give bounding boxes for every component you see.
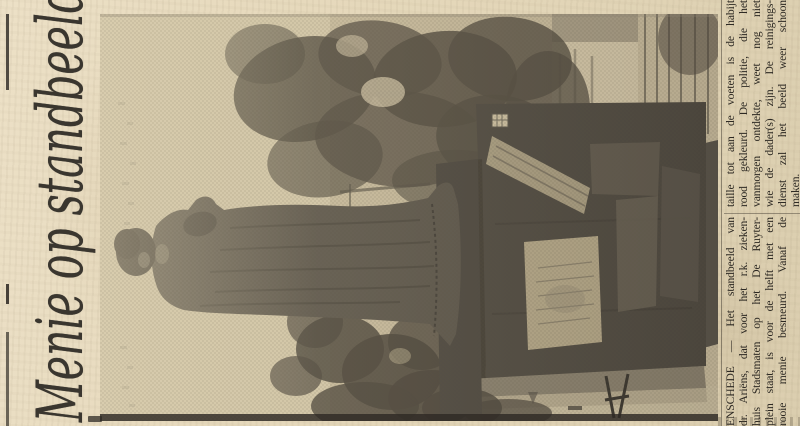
article-column: ENSCHEDE — Het standbeeld van dr. Ariëns… [724, 217, 800, 426]
article-text: ENSCHEDE — Het standbeeld van dr. Ariëns… [722, 0, 800, 426]
article-line: taille tot aan de voeten is de habijt [724, 0, 737, 207]
halftone-dots [100, 14, 718, 421]
clipping-bottom-edge-mark [88, 416, 102, 422]
article-line: rooie menie besmeurd. Vanaf de [776, 217, 789, 426]
article-line: wie de dader(s) zijn. De reinigings- [763, 0, 776, 207]
article-line: dr. Ariëns, dat voor het r.k. zieken- [737, 217, 750, 426]
column-edge-rule [6, 332, 9, 426]
newspaper-clipping: Menie op standbeeld Halftone newspaper p… [0, 0, 800, 426]
statue-photo: Halftone newspaper photo, rotated 90°: s… [100, 14, 718, 421]
column-edge-rule [6, 14, 9, 90]
photo-bottom-border [100, 414, 718, 421]
article-line: maken. [789, 0, 800, 207]
article-rotated-block: ENSCHEDE — Het standbeeld van dr. Ariëns… [721, 0, 800, 426]
article-column: taille tot aan de voeten is de habijt ro… [724, 0, 800, 214]
statue-photo-image: Halftone newspaper photo, rotated 90°: s… [100, 14, 718, 421]
headline: Menie op standbeeld [14, 153, 108, 426]
article-line: ENSCHEDE — Het standbeeld van [724, 217, 737, 426]
torn-paper-edge [718, 417, 800, 426]
article-line: vanmorgen ontdekte, weet nog niet [750, 0, 763, 207]
headline-rotated-block: Menie op standbeeld [14, 0, 108, 426]
article-line: dienst zal het beeld weer schoon [776, 0, 789, 207]
column-edge-rule [6, 284, 9, 304]
article-line: plein staat, is voor de helft met een [763, 217, 776, 426]
article-line: rood gekleurd. De politie, die het [737, 0, 750, 207]
article-line: huis Stadsmaten op het De Ruyter- [750, 217, 763, 426]
